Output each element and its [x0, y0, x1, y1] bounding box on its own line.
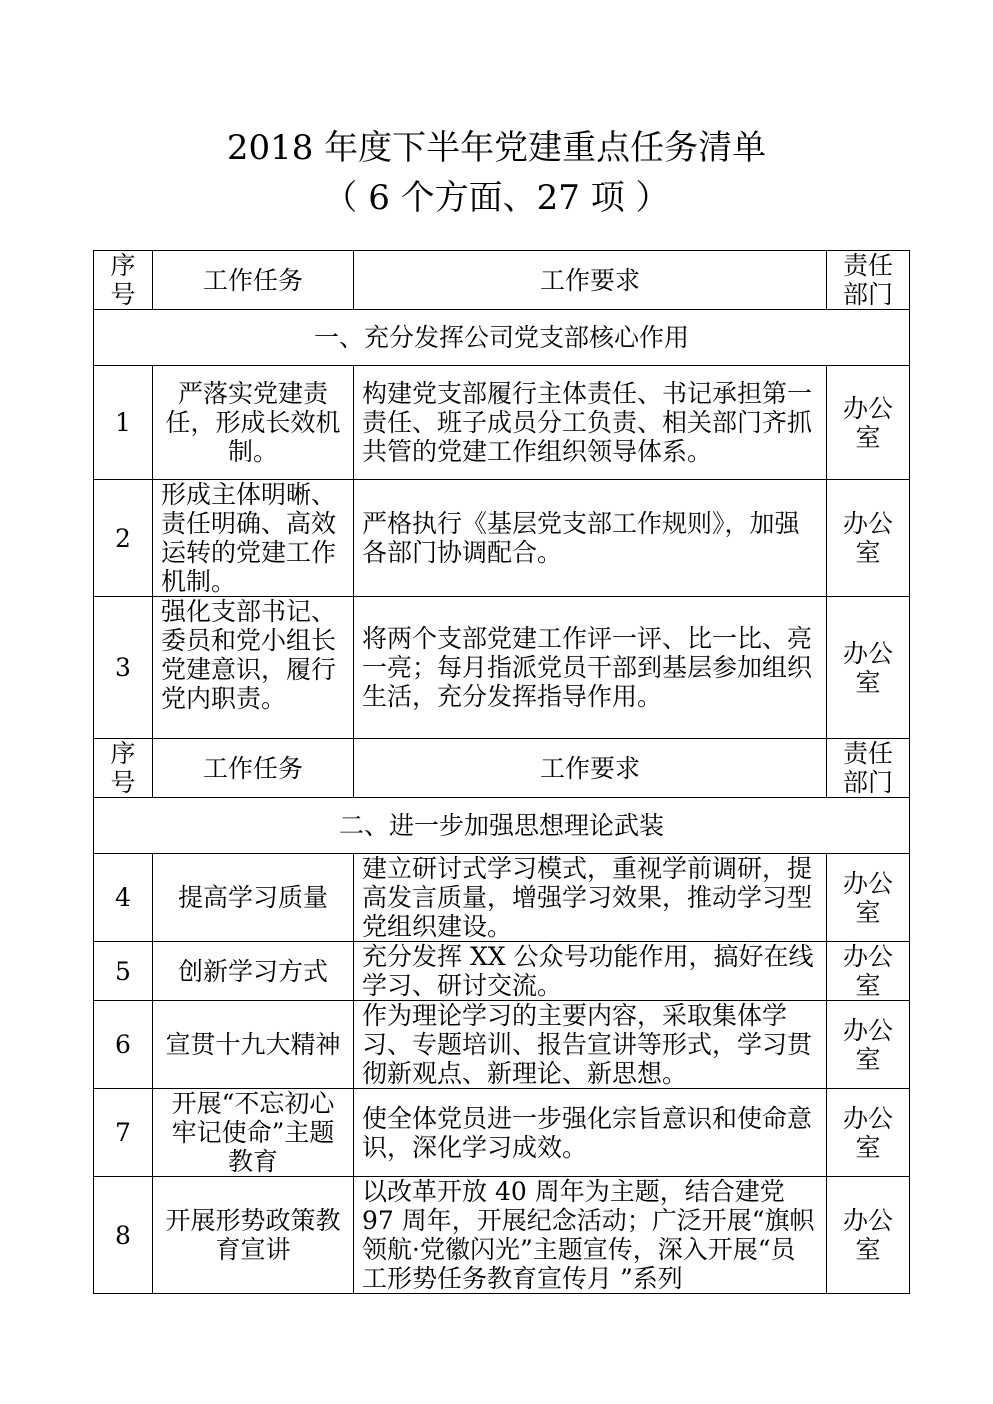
table-row: 2 形成主体明晰、责任明确、高效运转的党建工作机制。 严格执行《基层党支部工作规… [94, 480, 910, 597]
table-header-row: 序号 工作任务 工作要求 责任部门 [94, 251, 910, 310]
row-requirement: 建立研讨式学习模式，重视学前调研，提高发言质量，增强学习效果，推动学习型党组织建… [354, 854, 827, 942]
row-task: 提高学习质量 [153, 854, 354, 942]
row-task: 创新学习方式 [153, 942, 354, 1001]
row-dept: 办公室 [827, 942, 910, 1001]
row-requirement: 严格执行《基层党支部工作规则》，加强各部门协调配合。 [354, 480, 827, 597]
row-task: 开展形势政策教育宣讲 [153, 1177, 354, 1294]
table-row: 7 开展“不忘初心牢记使命”主题教育 使全体党员进一步强化宗旨意识和使命意识，深… [94, 1089, 910, 1177]
row-dept: 办公室 [827, 1177, 910, 1294]
section-title: 二、进一步加强思想理论武装 [94, 798, 910, 854]
row-task: 强化支部书记、委员和党小组长党建意识，履行党内职责。 [153, 597, 354, 739]
table-row: 1 严落实党建责任，形成长效机制。 构建党支部履行主体责任、书记承担第一责任、班… [94, 366, 910, 480]
row-dept: 办公室 [827, 480, 910, 597]
row-task: 宣贯十九大精神 [153, 1001, 354, 1089]
table-row: 3 强化支部书记、委员和党小组长党建意识，履行党内职责。 将两个支部党建工作评一… [94, 597, 910, 739]
header-task: 工作任务 [153, 739, 354, 798]
row-no: 4 [94, 854, 153, 942]
table-row: 4 提高学习质量 建立研讨式学习模式，重视学前调研，提高发言质量，增强学习效果，… [94, 854, 910, 942]
row-no: 3 [94, 597, 153, 739]
header-requirement: 工作要求 [354, 739, 827, 798]
row-requirement: 构建党支部履行主体责任、书记承担第一责任、班子成员分工负责、相关部门齐抓共管的党… [354, 366, 827, 480]
table-header-row: 序号 工作任务 工作要求 责任部门 [94, 739, 910, 798]
row-no: 6 [94, 1001, 153, 1089]
row-no: 2 [94, 480, 153, 597]
row-dept: 办公室 [827, 597, 910, 739]
row-requirement: 使全体党员进一步强化宗旨意识和使命意识，深化学习成效。 [354, 1089, 827, 1177]
header-no: 序号 [94, 739, 153, 798]
row-dept: 办公室 [827, 366, 910, 480]
section-row: 一、充分发挥公司党支部核心作用 [94, 310, 910, 366]
row-no: 7 [94, 1089, 153, 1177]
row-task: 形成主体明晰、责任明确、高效运转的党建工作机制。 [153, 480, 354, 597]
table-row: 8 开展形势政策教育宣讲 以改革开放 40 周年为主题，结合建党 97 周年，开… [94, 1177, 910, 1294]
row-dept: 办公室 [827, 1001, 910, 1089]
row-requirement: 以改革开放 40 周年为主题，结合建党 97 周年，开展纪念活动；广泛开展“旗帜… [354, 1177, 827, 1294]
header-dept: 责任部门 [827, 739, 910, 798]
document-title: 2018 年度下半年党建重点任务清单 [0, 126, 993, 170]
row-task: 严落实党建责任，形成长效机制。 [153, 366, 354, 480]
document-subtitle: （ 6 个方面、27 项 ） [0, 176, 993, 220]
header-task: 工作任务 [153, 251, 354, 310]
table-row: 5 创新学习方式 充分发挥 XX 公众号功能作用，搞好在线学习、研讨交流。 办公… [94, 942, 910, 1001]
header-no: 序号 [94, 251, 153, 310]
row-task: 开展“不忘初心牢记使命”主题教育 [153, 1089, 354, 1177]
header-requirement: 工作要求 [354, 251, 827, 310]
section-row: 二、进一步加强思想理论武装 [94, 798, 910, 854]
row-requirement: 充分发挥 XX 公众号功能作用，搞好在线学习、研讨交流。 [354, 942, 827, 1001]
table-row: 6 宣贯十九大精神 作为理论学习的主要内容，采取集体学习、专题培训、报告宣讲等形… [94, 1001, 910, 1089]
row-requirement: 作为理论学习的主要内容，采取集体学习、专题培训、报告宣讲等形式，学习贯彻新观点、… [354, 1001, 827, 1089]
header-dept: 责任部门 [827, 251, 910, 310]
row-no: 5 [94, 942, 153, 1001]
row-no: 1 [94, 366, 153, 480]
row-dept: 办公室 [827, 1089, 910, 1177]
task-table: 序号 工作任务 工作要求 责任部门 一、充分发挥公司党支部核心作用 1 严落实党… [93, 250, 910, 1294]
section-title: 一、充分发挥公司党支部核心作用 [94, 310, 910, 366]
row-no: 8 [94, 1177, 153, 1294]
row-dept: 办公室 [827, 854, 910, 942]
row-requirement: 将两个支部党建工作评一评、比一比、亮一亮；每月指派党员干部到基层参加组织生活，充… [354, 597, 827, 739]
